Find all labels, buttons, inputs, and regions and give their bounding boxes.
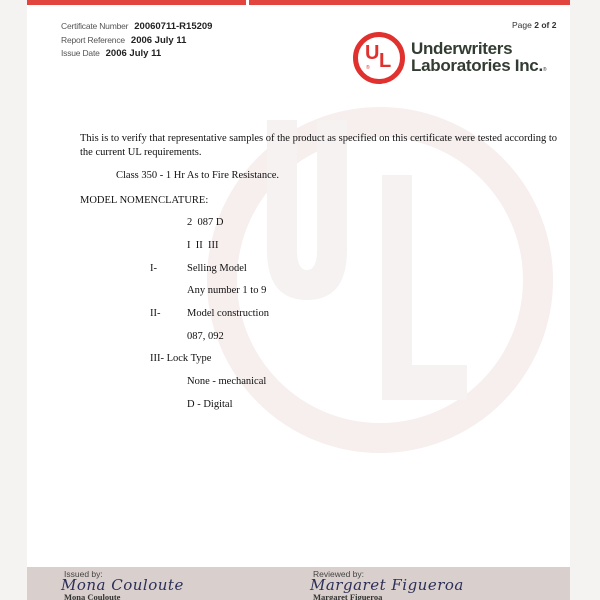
certificate-number: 20060711-R15209 xyxy=(134,21,212,32)
header-red-band-left xyxy=(27,0,246,5)
item-2-detail: 087, 092 xyxy=(187,331,224,342)
logo-mark-l: L xyxy=(379,51,391,71)
verification-statement: This is to verify that representative sa… xyxy=(80,132,560,160)
item-2-title: Model construction xyxy=(187,308,269,319)
certificate-number-row: Certificate Number20060711-R15209 xyxy=(61,20,212,34)
item-3-marker: III- Lock Type xyxy=(150,353,211,364)
item-1-detail: Any number 1 to 9 xyxy=(187,285,266,296)
page-number: Page 2 of 2 xyxy=(512,20,556,30)
logo-mark-u: U xyxy=(365,43,379,63)
certificate-number-label: Certificate Number xyxy=(61,21,128,31)
report-reference-label: Report Reference xyxy=(61,35,125,45)
reviewer-name: Margaret Figueroa xyxy=(313,592,382,600)
page-prefix: Page xyxy=(512,20,534,30)
logo-registered-mark: ® xyxy=(366,65,370,71)
ul-logo: U L ® Underwriters Laboratories Inc.® xyxy=(353,32,570,88)
page-total: 2 xyxy=(552,20,557,30)
certificate-meta: Certificate Number20060711-R15209 Report… xyxy=(61,20,212,61)
logo-line1: Underwriters xyxy=(411,40,546,57)
issue-date-label: Issue Date xyxy=(61,48,100,58)
page-of: of xyxy=(539,20,552,30)
issue-date-row: Issue Date2006 July 11 xyxy=(61,47,212,61)
issuer-name: Mona Couloute xyxy=(64,592,120,600)
signature-footer: Issued by: Mona Couloute Mona Couloute R… xyxy=(27,567,570,600)
ul-watermark-icon xyxy=(27,0,570,600)
ul-logo-mark-icon: U L ® xyxy=(353,32,405,84)
issue-date: 2006 July 11 xyxy=(106,48,161,59)
report-reference: 2006 July 11 xyxy=(131,35,186,46)
item-3-detail-2: D - Digital xyxy=(187,399,233,410)
report-reference-row: Report Reference2006 July 11 xyxy=(61,34,212,48)
item-3-detail-1: None - mechanical xyxy=(187,376,266,387)
model-code: 2 087 D xyxy=(187,217,223,228)
item-2-marker: II- xyxy=(150,308,161,319)
header-red-band-right xyxy=(249,0,570,5)
item-1-marker: I- xyxy=(150,263,157,274)
class-line: Class 350 - 1 Hr As to Fire Resistance. xyxy=(116,170,279,181)
logo-trademark: ® xyxy=(543,67,546,73)
item-1-title: Selling Model xyxy=(187,263,247,274)
nomenclature-heading: MODEL NOMENCLATURE: xyxy=(80,195,208,206)
logo-line2: Laboratories Inc. xyxy=(411,56,543,75)
model-positions: I II III xyxy=(187,240,218,251)
logo-wordmark: Underwriters Laboratories Inc.® xyxy=(411,40,546,79)
certificate-page: Certificate Number20060711-R15209 Report… xyxy=(27,0,570,600)
